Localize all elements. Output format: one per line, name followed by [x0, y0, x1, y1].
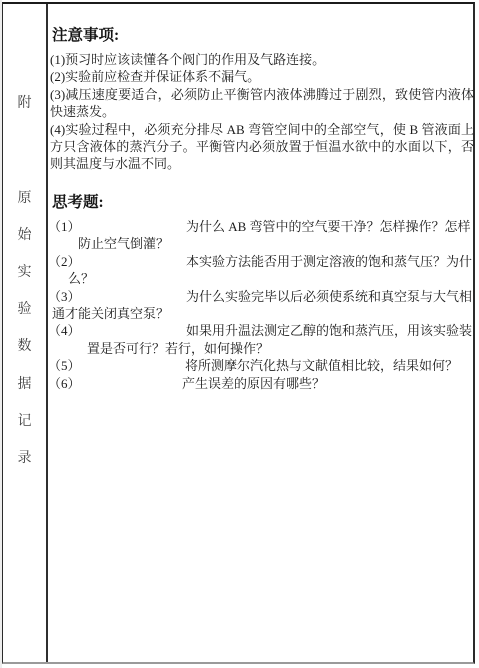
- questions-list: （1）为什么 AB 弯管中的空气要干净？怎样操作？怎样防止空气倒灌？（2）本实验…: [48, 218, 476, 392]
- question-item: （4）如果用升温法测定乙醇的饱和蒸汽压，用该实验装置是否可行？若行，如何操作？: [48, 322, 476, 357]
- question-number: （4）: [48, 322, 81, 339]
- notes-list: (1)预习时应该读懂各个阀门的作用及气路连接。(2)实验前应检查并保证体系不漏气…: [50, 51, 474, 173]
- sidebar-char: 录: [3, 451, 46, 466]
- notes-heading: 注意事项:: [52, 27, 119, 44]
- sidebar-char: 数: [3, 339, 46, 354]
- sidebar-char: 验: [3, 302, 46, 317]
- question-item: （5）将所测摩尔汽化热与文献值相比较，结果如何？: [48, 357, 476, 374]
- page-frame: 附原始实验数据记录 注意事项: (1)预习时应该读懂各个阀门的作用及气路连接。(…: [2, 2, 475, 664]
- sidebar-label-column: 附原始实验数据记录: [3, 4, 48, 662]
- note-item: (2)实验前应检查并保证体系不漏气。: [50, 68, 474, 85]
- content-column: 注意事项: (1)预习时应该读懂各个阀门的作用及气路连接。(2)实验前应检查并保…: [48, 4, 473, 662]
- note-item: (4)实验过程中，必须充分排尽 AB 弯管空间中的全部空气，使 B 管液面上方只…: [50, 121, 474, 173]
- questions-heading: 思考题:: [52, 194, 104, 211]
- sidebar-char: 记: [3, 414, 46, 429]
- sidebar-char: 始: [3, 228, 46, 243]
- question-item: （3）为什么实验完毕以后必须使系统和真空泵与大气相通才能关闭真空泵？: [48, 288, 476, 323]
- sidebar-char: 附: [3, 96, 46, 111]
- sidebar-char: 原: [3, 191, 46, 206]
- question-item: （1）为什么 AB 弯管中的空气要干净？怎样操作？怎样防止空气倒灌？: [48, 218, 476, 253]
- question-item: （6）产生误差的原因有哪些？: [48, 375, 476, 392]
- question-item: （2）本实验方法能否用于测定溶液的饱和蒸气压？为什么？: [48, 253, 476, 288]
- sidebar-char: 据: [3, 377, 46, 392]
- question-number: （6）: [48, 375, 81, 392]
- note-item: (3)减压速度要适合，必须防止平衡管内液体沸腾过于剧烈，致使管内液体快速蒸发。: [50, 86, 474, 121]
- question-number: （5）: [48, 357, 81, 374]
- scanned-lab-report-page: 附原始实验数据记录 注意事项: (1)预习时应该读懂各个阀门的作用及气路连接。(…: [0, 0, 479, 668]
- question-number: （2）: [48, 253, 81, 270]
- question-number: （3）: [48, 288, 81, 305]
- question-number: （1）: [48, 218, 81, 235]
- sidebar-char: 实: [3, 265, 46, 280]
- note-item: (1)预习时应该读懂各个阀门的作用及气路连接。: [50, 51, 474, 68]
